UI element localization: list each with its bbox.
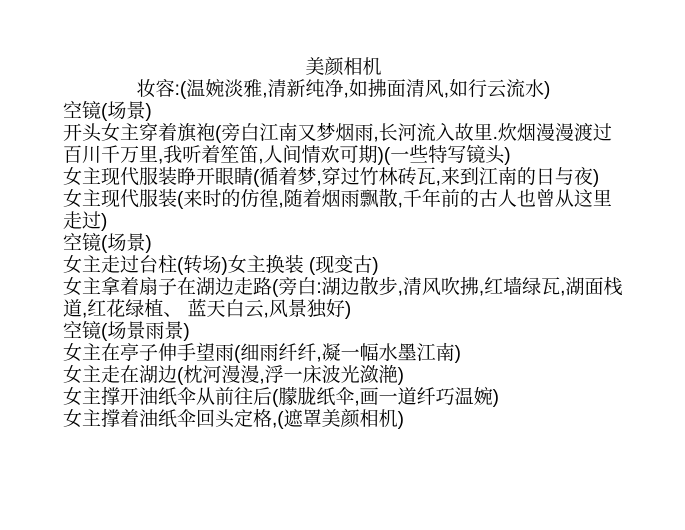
script-line: 女主走过台柱(转场)女主换装 (现变古) [63, 255, 624, 277]
script-line: 女主撑着油纸伞回头定格,(遮罩美颜相机) [63, 409, 624, 431]
script-line: 女主现代服装(来时的仿徨,随着烟雨飘散,千年前的古人也曾从这里 [63, 189, 624, 211]
script-line: 女主走在湖边(枕河漫漫,浮一床波光潋滟) [63, 365, 624, 387]
script-line: 女主在亭子伸手望雨(细雨纤纤,凝一幅水墨江南) [63, 343, 624, 365]
script-line: 空镜(场景雨景) [63, 321, 624, 343]
script-line: 妆容:(温婉淡雅,清新纯净,如拂面清风,如行云流水) [63, 79, 624, 101]
script-line: 女主拿着扇子在湖边走路(旁白:湖边散步,清风吹拂,红墙绿瓦,湖面栈 [63, 277, 624, 299]
page-title: 美颜相机 [63, 57, 624, 79]
script-line: 空镜(场景) [63, 233, 624, 255]
script-line: 开头女主穿着旗袍(旁白江南又梦烟雨,长河流入故里.炊烟漫漫渡过 [63, 123, 624, 145]
script-line: 走过) [63, 211, 624, 233]
script-line: 女主撑开油纸伞从前往后(朦胧纸伞,画一道纤巧温婉) [63, 387, 624, 409]
script-line: 道,红花绿植、 蓝天白云,风景独好) [63, 299, 624, 321]
script-document: 美颜相机妆容:(温婉淡雅,清新纯净,如拂面清风,如行云流水)空镜(场景)开头女主… [0, 0, 685, 431]
script-line: 女主现代服装睁开眼睛(循着梦,穿过竹林砖瓦,来到江南的日与夜) [63, 167, 624, 189]
script-line: 百川千万里,我听着笙笛,人间情欢可期)(一些特写镜头) [63, 145, 624, 167]
script-line: 空镜(场景) [63, 101, 624, 123]
